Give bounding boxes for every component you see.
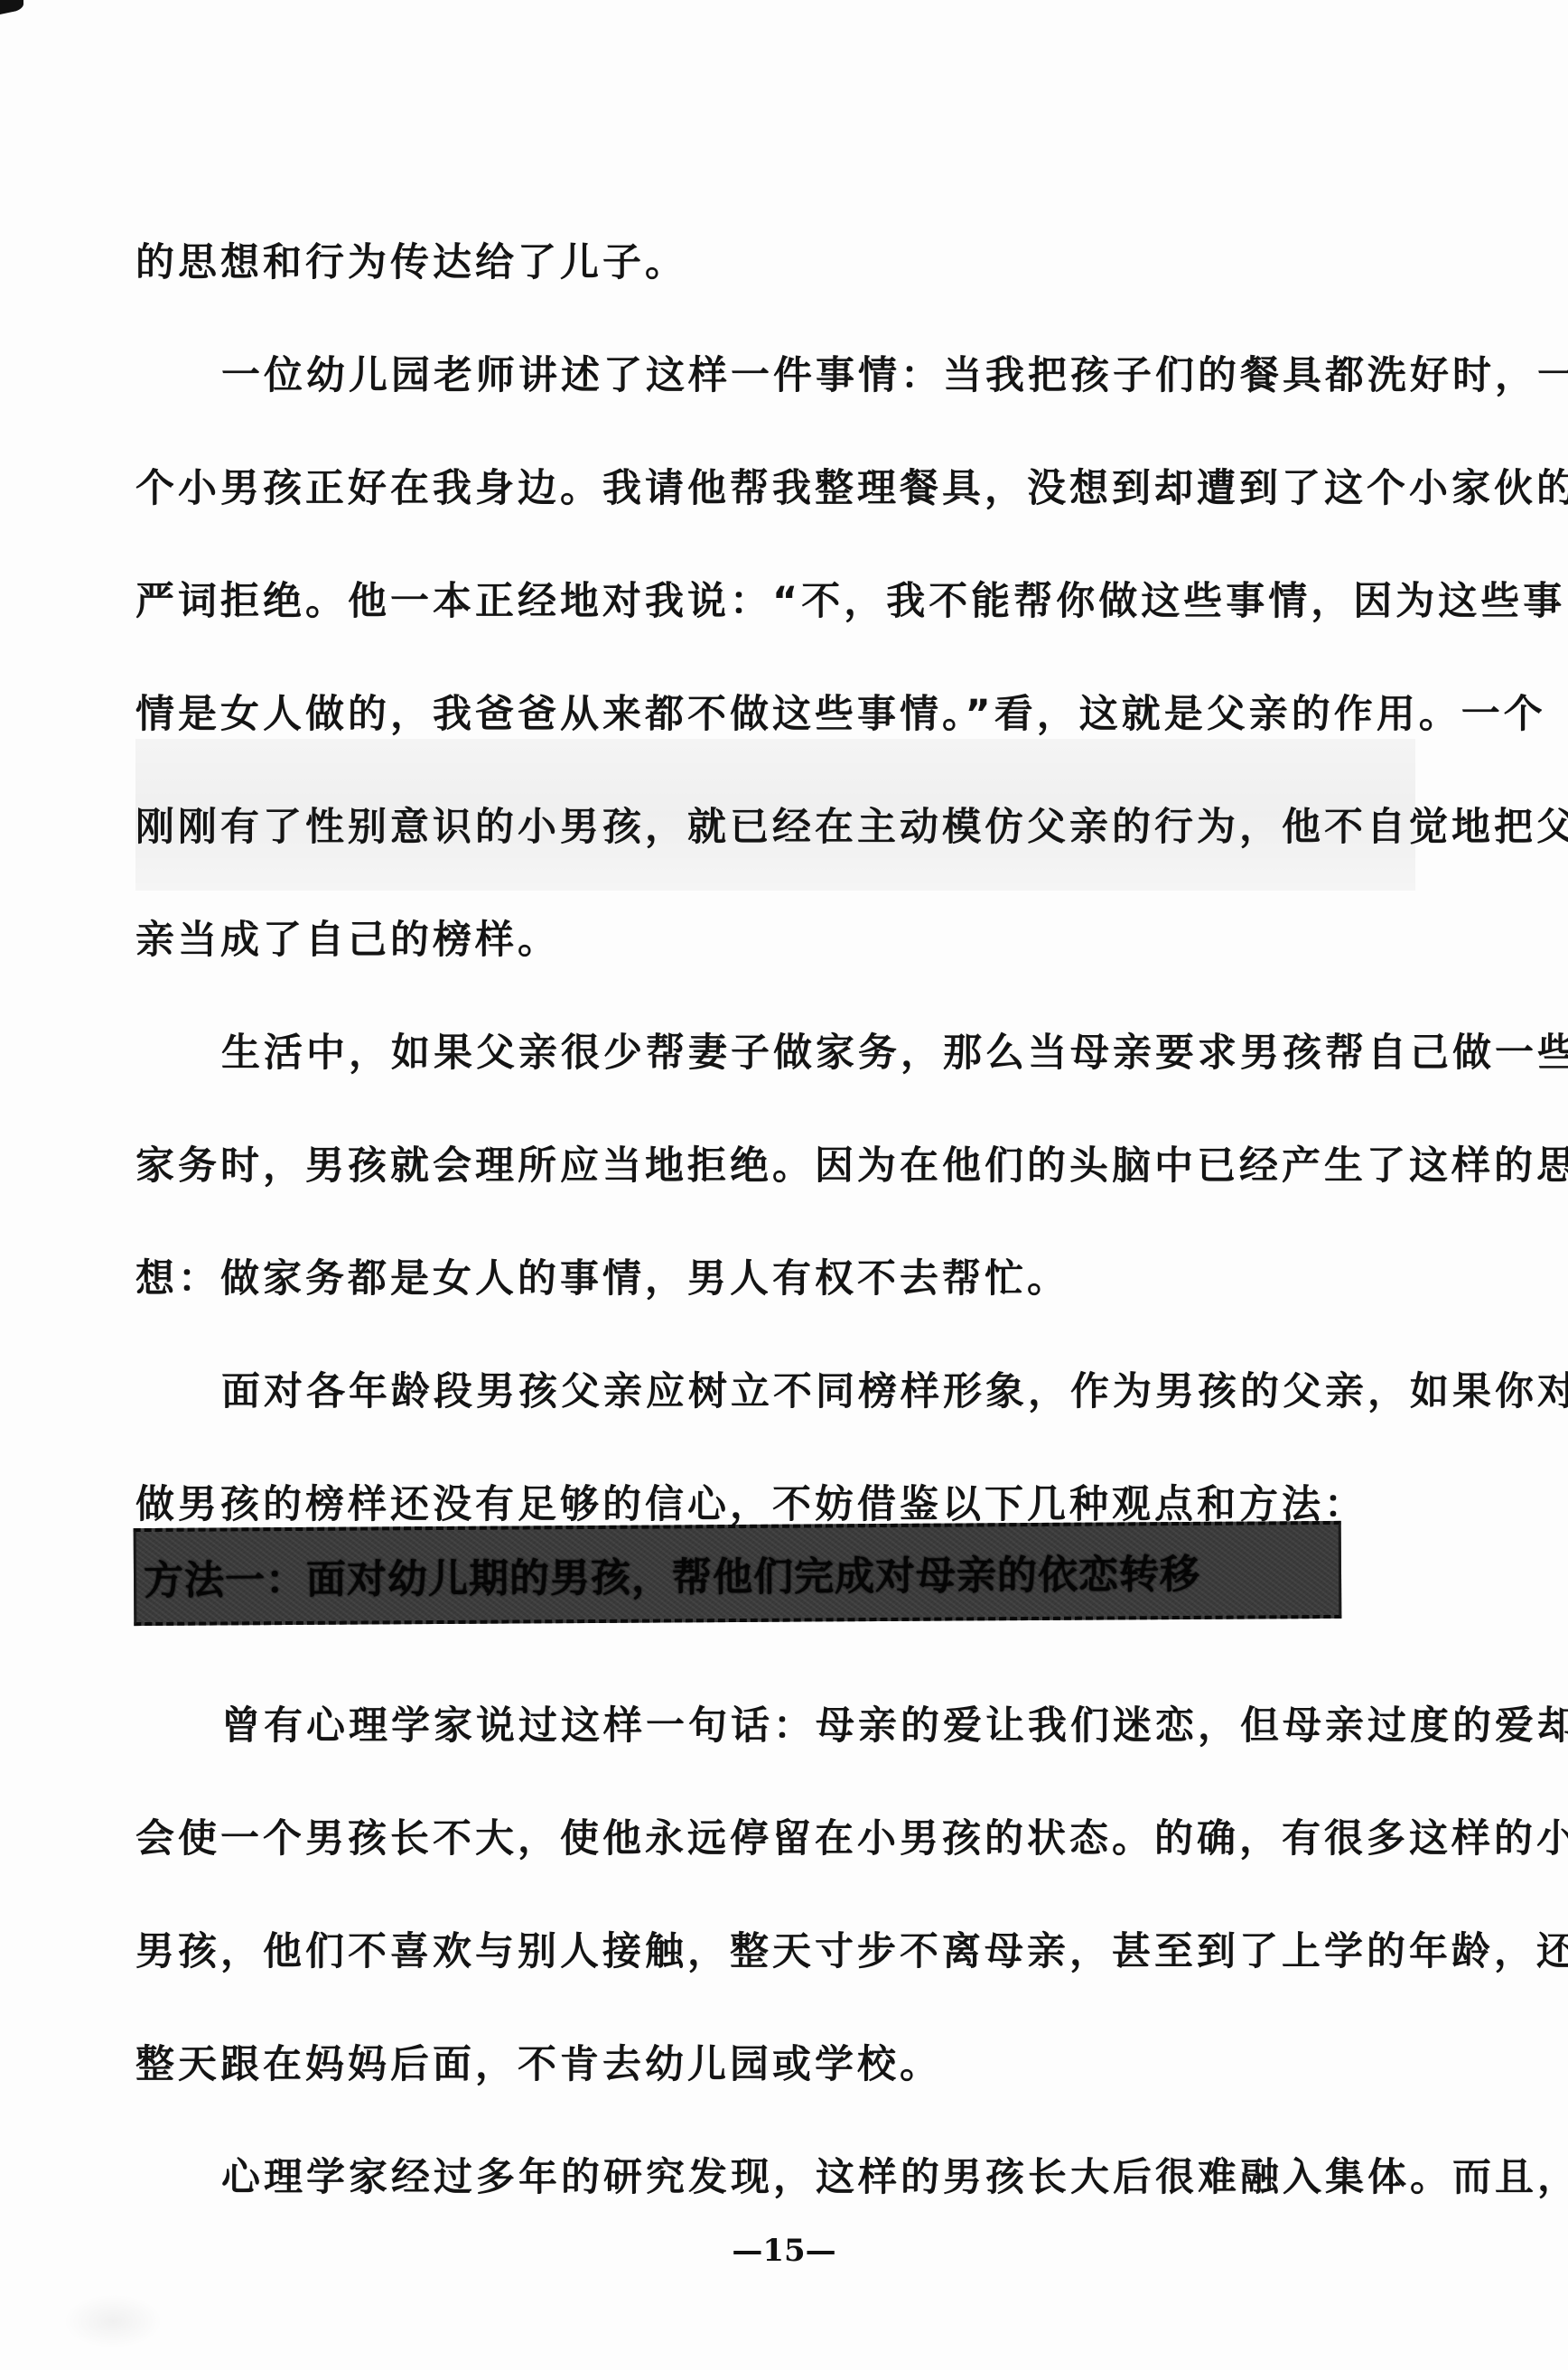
paragraph-line: 亲当成了自己的榜样。 [135, 915, 560, 966]
paragraph-line: 整天跟在妈妈后面，不肯去幼儿园或学校。 [135, 2039, 942, 2090]
section-heading-bar: 方法一：面对幼儿期的男孩，帮他们完成对母亲的依恋转移 [134, 1521, 1342, 1626]
paragraph-line: 刚刚有了性别意识的小男孩，就已经在主动模仿父亲的行为，他不自觉地把父 [135, 802, 1418, 853]
paragraph-line: 心理学家经过多年的研究发现，这样的男孩长大后很难融入集体。而且， [221, 2152, 1418, 2203]
paragraph-line: 想：做家务都是女人的事情，男人有权不去帮忙。 [135, 1254, 1069, 1304]
page-number: —15— [0, 2233, 1568, 2269]
paragraph-line: 家务时，男孩就会理所应当地拒绝。因为在他们的头脑中已经产生了这样的思 [135, 1141, 1418, 1191]
paragraph-line: 会使一个男孩长不大，使他永远停留在小男孩的状态。的确，有很多这样的小 [135, 1814, 1418, 1864]
section-heading: 方法一：面对幼儿期的男孩，帮他们完成对母亲的依恋转移 [144, 1542, 1200, 1606]
paragraph-line: 生活中，如果父亲很少帮妻子做家务，那么当母亲要求男孩帮自己做一些 [221, 1028, 1418, 1078]
scan-smudge [63, 2294, 163, 2348]
paragraph-line: 个小男孩正好在我身边。我请他帮我整理餐具，没想到却遭到了这个小家伙的 [135, 463, 1418, 514]
paragraph-line: 一位幼儿园老师讲述了这样一件事情：当我把孩子们的餐具都洗好时，一 [221, 350, 1418, 401]
scanned-page: 的思想和行为传达给了儿子。 一位幼儿园老师讲述了这样一件事情：当我把孩子们的餐具… [0, 0, 1568, 2370]
paragraph-line: 面对各年龄段男孩父亲应树立不同榜样形象，作为男孩的父亲，如果你对 [221, 1367, 1418, 1417]
paragraph-line: 情是女人做的，我爸爸从来都不做这些事情。”看，这就是父亲的作用。一个 [135, 689, 1418, 740]
paragraph-line: 曾有心理学家说过这样一句话：母亲的爱让我们迷恋，但母亲过度的爱却 [221, 1701, 1418, 1751]
paragraph-line: 的思想和行为传达给了儿子。 [135, 238, 687, 288]
paragraph-line: 严词拒绝。他一本正经地对我说：“不，我不能帮你做这些事情，因为这些事 [135, 576, 1418, 627]
paragraph-line: 男孩，他们不喜欢与别人接触，整天寸步不离母亲，甚至到了上学的年龄，还 [135, 1927, 1418, 1977]
scan-corner-artifact [0, 0, 23, 14]
